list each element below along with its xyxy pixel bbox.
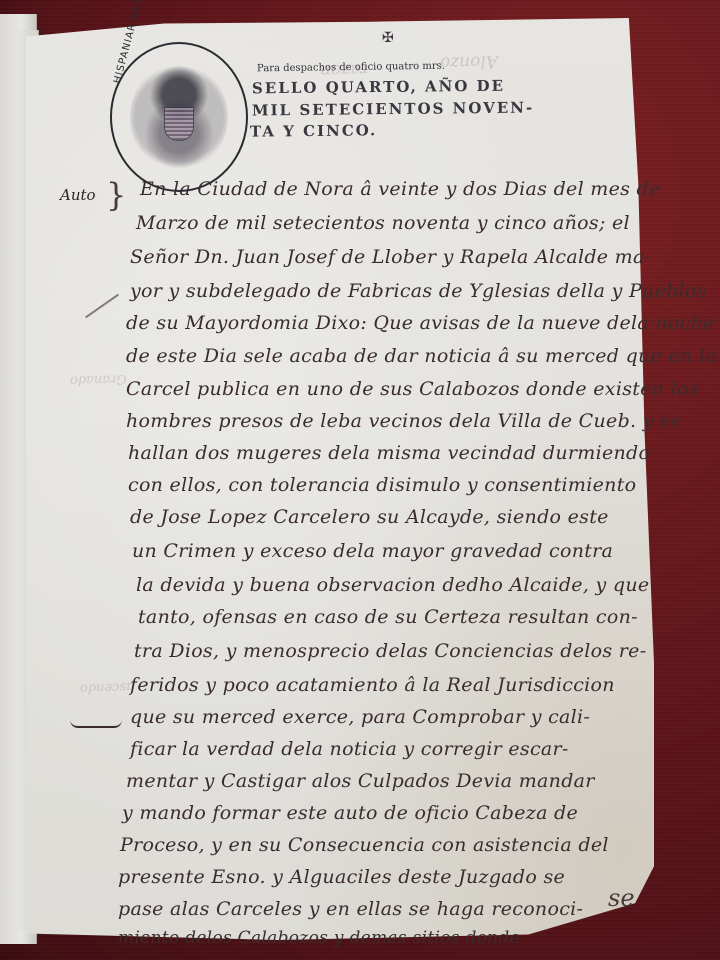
manuscript-line: Carcel publica en uno de sus Calabozos d… (126, 378, 699, 400)
margin-flourish (70, 716, 122, 728)
manuscript-line: Marzo de mil setecientos noventa y cinco… (136, 212, 630, 234)
manuscript-line: hallan dos mugeres dela misma vecindad d… (128, 442, 650, 464)
manuscript-line: presente Esno. y Alguaciles deste Juzgad… (118, 866, 565, 888)
manuscript-line: que su merced exerce, para Comprobar y c… (130, 706, 590, 728)
brace-mark: } (106, 176, 126, 214)
catchword: se (608, 884, 635, 912)
manuscript-line: miento delos Calabozos y demas sitios do… (118, 928, 520, 948)
stamp-header-line-2: MIL SETECIENTOS NOVEN- (252, 99, 534, 120)
stamp-header-line-3: TA Y CINCO. (250, 121, 377, 140)
shield-icon (164, 107, 194, 141)
manuscript-line: la devida y buena observacion dedho Alca… (136, 574, 649, 596)
manuscript-line: feridos y poco acatamiento â la Real Jur… (130, 674, 615, 696)
manuscript-line: pase alas Carceles y en ellas se haga re… (118, 898, 583, 920)
manuscript-line: un Crimen y exceso dela mayor gravedad c… (132, 540, 613, 562)
manuscript-line: de este Dia sele acaba de dar noticia â … (126, 345, 717, 367)
margin-label-auto: Auto (60, 186, 96, 204)
manuscript-line: con ellos, con tolerancia disimulo y con… (128, 474, 636, 496)
manuscript-line: Señor Dn. Juan Josef de Llober y Rapela … (130, 246, 651, 268)
royal-seal-stamp (110, 42, 248, 192)
manuscript-line: Proceso, y en su Consecuencia con asiste… (120, 834, 609, 856)
manuscript-line: ficar la verdad dela noticia y corregir … (130, 738, 569, 760)
manuscript-line: mentar y Castigar alos Culpados Devia ma… (126, 770, 595, 792)
manuscript-line: En la Ciudad de Nora â veinte y dos Dias… (140, 178, 661, 200)
bleed-through-text: ascendo (80, 679, 134, 696)
manuscript-line: tra Dios, y menosprecio delas Conciencia… (134, 640, 646, 662)
cross-ornament-icon: ✠ (382, 30, 394, 46)
manuscript-line: tanto, ofensas en caso de su Certeza res… (138, 606, 638, 628)
bleed-through-text: Alonzo (440, 51, 499, 73)
manuscript-line: yor y subdelegado de Fabricas de Yglesia… (130, 280, 707, 302)
bleed-through-text: Granado (70, 371, 127, 388)
manuscript-line: de Jose Lopez Carcelero su Alcayde, sien… (130, 506, 609, 528)
manuscript-line: y mando formar este auto de oficio Cabez… (122, 802, 578, 824)
stamp-header-line-1: SELLO QUARTO, AÑO DE (252, 77, 505, 98)
manuscript-line: hombres presos de leba vecinos dela Vill… (126, 410, 682, 432)
manuscript-line: de su Mayordomia Dixo: Que avisas de la … (126, 312, 715, 334)
